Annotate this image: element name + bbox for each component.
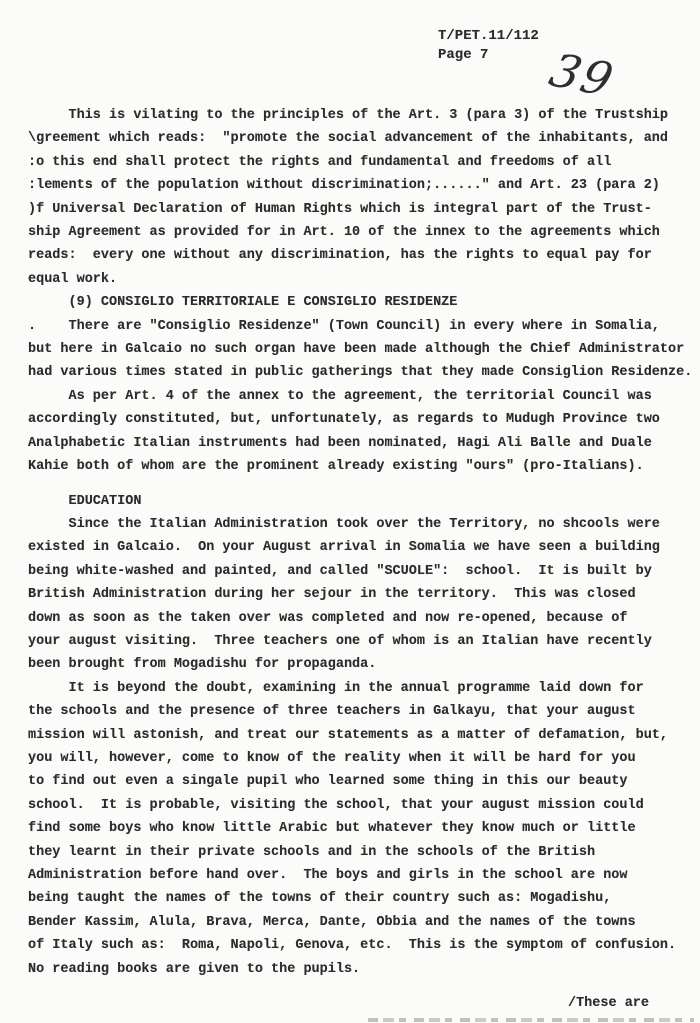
paragraph-schools-detail: It is beyond the doubt, examining in the… — [28, 677, 693, 981]
text-line: school. It is probable, visiting the sch… — [28, 794, 693, 817]
text-line: Kahie both of whom are the prominent alr… — [28, 455, 693, 478]
section-consiglio: (9) CONSIGLIO TERRITORIALE E CONSIGLIO R… — [28, 291, 693, 385]
text-line: being taught the names of the towns of t… — [28, 887, 693, 910]
text-line: the schools and the presence of three te… — [28, 700, 693, 723]
document-header: T/PET.11/112 Page 7 — [438, 27, 539, 65]
text-line: :o this end shall protect the rights and… — [28, 151, 693, 174]
text-line: you will, however, come to know of the r… — [28, 747, 693, 770]
paragraph-trusteeship: This is vilating to the principles of th… — [28, 104, 693, 291]
text-line: to find out even a singale pupil who lea… — [28, 770, 693, 793]
text-line: find some boys who know little Arabic bu… — [28, 817, 693, 840]
text-line: :lements of the population without discr… — [28, 174, 693, 197]
section-heading: EDUCATION — [28, 490, 693, 513]
text-line: Administration before hand over. The boy… — [28, 864, 693, 887]
text-line: )f Universal Declaration of Human Rights… — [28, 198, 693, 221]
text-line: being white-washed and painted, and call… — [28, 560, 693, 583]
document-body: This is vilating to the principles of th… — [28, 104, 693, 1015]
text-line: This is vilating to the principles of th… — [28, 104, 693, 127]
text-line: they learnt in their private schools and… — [28, 841, 693, 864]
text-line: been brought from Mogadishu for propagan… — [28, 653, 693, 676]
text-line: but here in Galcaio no such organ have b… — [28, 338, 693, 361]
text-line: Since the Italian Administration took ov… — [28, 513, 693, 536]
text-line: Analphabetic Italian instruments had bee… — [28, 432, 693, 455]
text-line: mission will astonish, and treat our sta… — [28, 724, 693, 747]
text-line: reads: every one without any discriminat… — [28, 244, 693, 267]
document-symbol: T/PET.11/112 — [438, 27, 539, 46]
text-line: As per Art. 4 of the annex to the agreem… — [28, 385, 693, 408]
text-line: British Administration during her sejour… — [28, 583, 693, 606]
text-line: down as soon as the taken over was compl… — [28, 607, 693, 630]
text-line: . There are "Consiglio Residenze" (Town … — [28, 315, 693, 338]
handwritten-page-number: 39 — [544, 43, 621, 107]
continuation-marker: /These are — [28, 992, 693, 1015]
text-line: \greement which reads: "promote the soci… — [28, 127, 693, 150]
text-line: accordingly constituted, but, unfortunat… — [28, 408, 693, 431]
scan-noise-speckles — [0, 0, 2, 2]
scanned-document-page: T/PET.11/112 Page 7 39 This is vilating … — [0, 0, 700, 1023]
text-line: No reading books are given to the pupils… — [28, 958, 693, 981]
text-line: equal work. — [28, 268, 693, 291]
text-line: existed in Galcaio. On your August arriv… — [28, 536, 693, 559]
text-line: your august visiting. Three teachers one… — [28, 630, 693, 653]
text-line: Bender Kassim, Alula, Brava, Merca, Dant… — [28, 911, 693, 934]
text-line: ship Agreement as provided for in Art. 1… — [28, 221, 693, 244]
bottom-cutoff-text-strip — [368, 1018, 694, 1022]
section-education: EDUCATION Since the Italian Administrati… — [28, 490, 693, 677]
paragraph-territorial-council: As per Art. 4 of the annex to the agreem… — [28, 385, 693, 479]
section-heading: (9) CONSIGLIO TERRITORIALE E CONSIGLIO R… — [28, 291, 693, 314]
text-line: It is beyond the doubt, examining in the… — [28, 677, 693, 700]
text-line: of Italy such as: Roma, Napoli, Genova, … — [28, 934, 693, 957]
page-number-label: Page 7 — [438, 46, 539, 65]
text-line: had various times stated in public gathe… — [28, 361, 693, 384]
